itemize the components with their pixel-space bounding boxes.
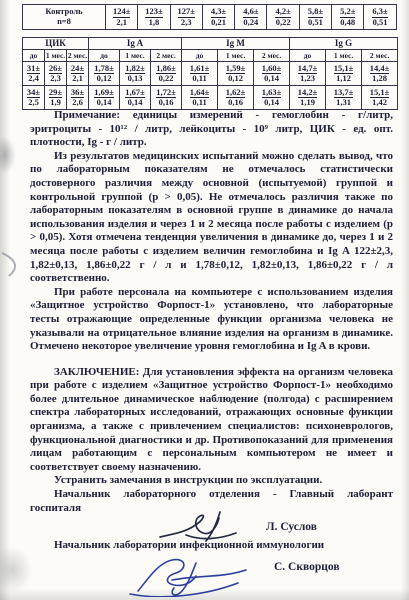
value-cell: 6,3±0,51 — [364, 5, 396, 30]
value-error: 2,6 — [67, 98, 88, 107]
value-cell: 5,2±0,48 — [332, 5, 364, 30]
value-cell: 31±2,4 — [23, 62, 45, 86]
paragraph: ЗАКЛЮЧЕНИЕ: Для установления эффекта на … — [30, 366, 393, 475]
value-error: 1,28 — [362, 74, 397, 83]
value-error: 0,11 — [182, 98, 217, 107]
value-error: 0,11 — [182, 74, 217, 83]
pencil-mark — [0, 250, 24, 278]
sub-header-cell: до — [182, 50, 218, 62]
scan-smudge — [0, 546, 32, 594]
immunology-table: ЦИКIg AIg MIg Gдо1 мес.2 мес.до1 мес.2 м… — [22, 37, 398, 110]
value-error: 0,12 — [218, 74, 253, 83]
paragraph: При работе персонала на компьютере с исп… — [30, 286, 393, 354]
signatory-title-2: Начальник лаборатории инфекционной иммун… — [30, 539, 393, 553]
value-cell: 26±2,3 — [45, 62, 67, 86]
control-table: Контрольn=8124±2,1123±1,8127±2,34,3±0,21… — [22, 4, 397, 30]
sub-header-cell: 1 мес. — [120, 50, 151, 62]
value-error: 0,24 — [235, 18, 266, 27]
value-error: 0,14 — [254, 74, 289, 83]
value-cell: 14,7±1,23 — [290, 62, 326, 86]
value-mean: 4,2± — [275, 7, 290, 17]
group-header-cell: Ig G — [290, 38, 398, 50]
value-error: 0,16 — [151, 98, 181, 107]
value-cell: 4,2±0,22 — [267, 5, 299, 30]
value-cell: 1,69±0,14 — [89, 86, 120, 110]
value-error: 2,1 — [67, 74, 88, 83]
value-error: 1,31 — [326, 98, 361, 107]
value-error: 1,42 — [362, 98, 397, 107]
sub-header-cell: 2 мес. — [254, 50, 290, 62]
value-cell: 34±2,5 — [23, 86, 45, 110]
group-header-cell: Ig A — [89, 38, 182, 50]
value-cell: 13,7±1,31 — [326, 86, 362, 110]
paragraph-block: Примечание: единицы измерений - гемоглоб… — [30, 109, 393, 488]
value-error: 1,19 — [290, 98, 325, 107]
value-error: 0,14 — [254, 98, 289, 107]
value-cell: 15,1±1,12 — [326, 62, 362, 86]
sub-header-cell: до — [290, 50, 326, 62]
value-cell: 127±2,3 — [170, 5, 202, 30]
value-mean: 4,3± — [211, 7, 226, 17]
value-error: 0,22 — [267, 18, 298, 27]
value-error: 0,13 — [120, 74, 150, 83]
sub-header-row: до1 мес.2 мес.до1 мес.2 мес.до1 мес.2 ме… — [23, 50, 398, 62]
sub-header-cell: 1 мес. — [45, 50, 67, 62]
value-cell: 14,2±1,19 — [290, 86, 326, 110]
value-cell: 4,6±0,24 — [235, 5, 267, 30]
sub-header-cell: 2 мес. — [362, 50, 398, 62]
paragraph: Устранить замечания в инструкции по эксп… — [30, 474, 393, 488]
value-error: 0,14 — [89, 98, 119, 107]
value-mean: 4,6± — [243, 7, 258, 17]
value-error: 0,16 — [218, 98, 253, 107]
value-cell: 1,64±0,11 — [182, 86, 218, 110]
value-error: 2,4 — [23, 74, 44, 83]
value-error: 0,14 — [120, 98, 150, 107]
value-cell: 14,4±1,28 — [362, 62, 398, 86]
value-cell: 24±2,1 — [67, 62, 89, 86]
sub-header-cell: 2 мес. — [151, 50, 182, 62]
value-cell: 29±1,9 — [45, 86, 67, 110]
data-row: 31±2,426±2,324±2,11,78±0,121,82±0,131,86… — [23, 62, 398, 86]
value-error: 0,22 — [151, 74, 181, 83]
value-mean: 124± — [113, 7, 130, 17]
value-cell: 15,1±1,42 — [362, 86, 398, 110]
value-error: 2,3 — [45, 74, 66, 83]
value-error: 0,12 — [89, 74, 119, 83]
value-cell: 1,59±0,12 — [218, 62, 254, 86]
value-error: 1,12 — [326, 74, 361, 83]
sub-header-cell: до — [89, 50, 120, 62]
value-mean: 5,8± — [308, 7, 323, 17]
value-cell: 1,62±0,16 — [218, 86, 254, 110]
value-error: 2,3 — [171, 18, 202, 27]
value-cell: 1,86±0,22 — [151, 62, 182, 86]
scanned-document-page: Контрольn=8124±2,1123±1,8127±2,34,3±0,21… — [0, 0, 409, 600]
value-mean: 127± — [178, 7, 195, 17]
value-error: 0,48 — [332, 18, 363, 27]
value-error: 1,23 — [290, 74, 325, 83]
value-mean: 5,2± — [340, 7, 355, 17]
value-error: 2,5 — [23, 98, 44, 107]
signatory-name-1: Л. Суслов — [266, 521, 317, 535]
value-cell: 1,72±0,16 — [151, 86, 182, 110]
value-cell: 1,63±0,14 — [254, 86, 290, 110]
control-label-line: n=8 — [23, 17, 105, 27]
value-cell: 1,82±0,13 — [120, 62, 151, 86]
value-mean: 123± — [145, 7, 162, 17]
scan-edge-right — [401, 0, 409, 600]
control-label-cell: Контрольn=8 — [23, 5, 106, 30]
paragraph: Примечание: единицы измерений - гемоглоб… — [30, 109, 393, 150]
value-cell: 4,3±0,21 — [202, 5, 234, 30]
signature-row-2: С. Скворцов — [126, 555, 393, 597]
value-error: 1,9 — [45, 98, 66, 107]
sub-header-cell: до — [23, 50, 45, 62]
group-header-row: ЦИКIg AIg MIg G — [23, 38, 398, 50]
value-error: 0,51 — [300, 18, 331, 27]
scan-smudge — [0, 136, 16, 174]
value-error: 1,8 — [138, 18, 169, 27]
paragraph: Из результатов медицинских испытаний мож… — [30, 150, 393, 286]
sub-header-cell: 1 мес. — [326, 50, 362, 62]
signatory-name-2: С. Скворцов — [274, 561, 340, 575]
value-cell: 36±2,6 — [67, 86, 89, 110]
value-error: 0,21 — [203, 18, 234, 27]
value-cell: 5,8±0,51 — [299, 5, 331, 30]
group-header-cell: ЦИК — [23, 38, 89, 50]
value-cell: 1,78±0,12 — [89, 62, 120, 86]
sub-header-cell: 2 мес. — [67, 50, 89, 62]
sub-header-cell: 1 мес. — [218, 50, 254, 62]
skvortsov-signature-icon — [126, 555, 254, 597]
value-cell: 1,67±0,14 — [120, 86, 151, 110]
scan-edge-left — [0, 0, 10, 600]
value-cell: 124±2,1 — [106, 5, 138, 30]
value-cell: 1,61±0,11 — [182, 62, 218, 86]
value-error: 0,51 — [364, 18, 395, 27]
data-row: 34±2,529±1,936±2,61,69±0,141,67±0,141,72… — [23, 86, 398, 110]
value-error: 2,1 — [106, 18, 137, 27]
group-header-cell: Ig M — [182, 38, 290, 50]
control-row: Контрольn=8124±2,1123±1,8127±2,34,3±0,21… — [23, 5, 397, 30]
value-mean: 6,3± — [372, 7, 387, 17]
value-cell: 1,60±0,14 — [254, 62, 290, 86]
value-cell: 123±1,8 — [138, 5, 170, 30]
document-text: Примечание: единицы измерений - гемоглоб… — [30, 109, 393, 597]
